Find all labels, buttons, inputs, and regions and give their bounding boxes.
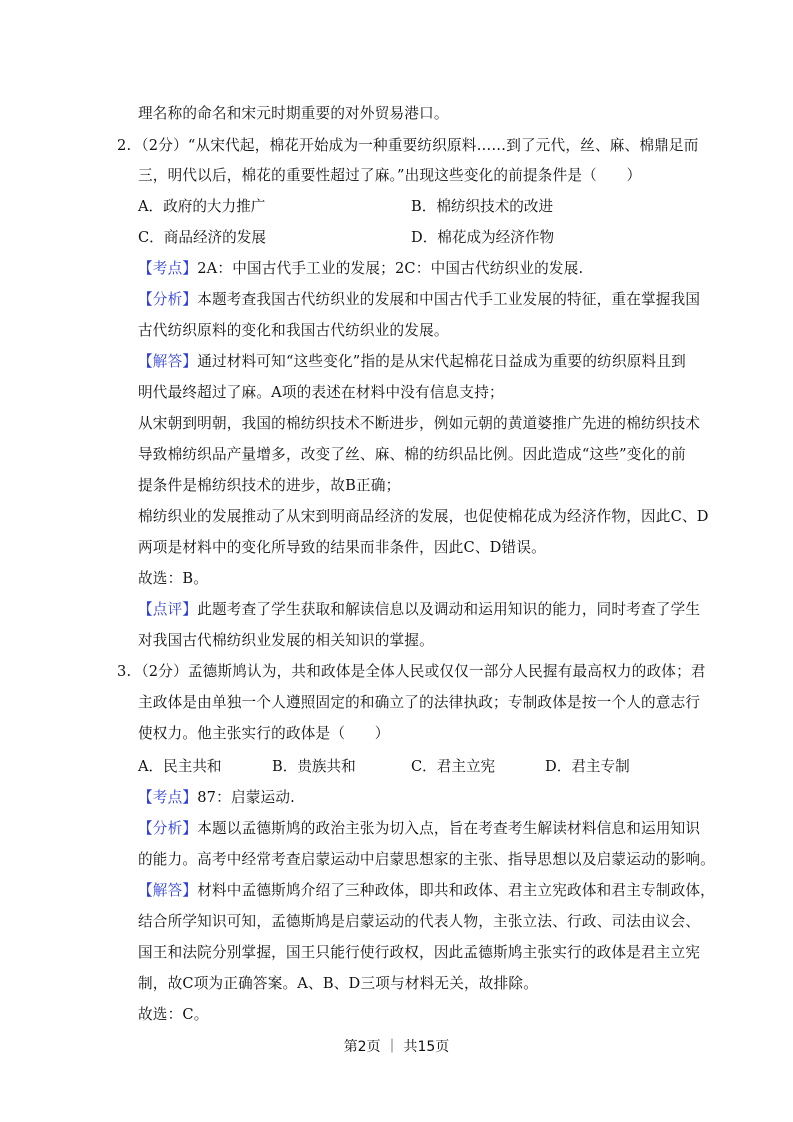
- fenxi-text: 本题以孟德斯鸠的政治主张为切入点，旨在考查考生解读材料信息和运用知识: [197, 820, 700, 837]
- kaodian-label: 【考点】: [138, 789, 197, 806]
- question-number: 2.: [117, 136, 131, 156]
- jieda-text: 从宋朝到明朝，我国的棉纺织技术不断进步，例如元朝的黄道婆推广先进的棉纺织技术: [138, 414, 678, 434]
- fenxi-text: 古代纺织原料的变化和我国古代纺织业的发展。: [138, 321, 678, 341]
- question-number: 3.: [117, 662, 131, 682]
- dianping-row: 【点评】此题考查了学生获取和解读信息以及调动和运用知识的能力，同时考查了学生: [138, 600, 678, 620]
- jieda-text: 两项是材料中的变化所导致的结果而非条件，因此C、D错误。: [138, 538, 678, 558]
- option-a: A．民主共和: [138, 757, 222, 777]
- fenxi-text: 的能力。高考中经常考查启蒙运动中启蒙思想家的主张、指导思想以及启蒙运动的影响。: [138, 850, 678, 870]
- question-stem: 主政体是由单独一个人遵照固定的和确立了的法律执政；专制政体是按一个人的意志行: [138, 693, 678, 713]
- question-stem: 使权力。他主张实行的政体是（ ）: [138, 724, 678, 744]
- fenxi-label: 【分析】: [138, 820, 197, 837]
- jieda-text: 材料中孟德斯鸠介绍了三种政体，即共和政体、君主立宪政体和君主专制政体，: [197, 882, 715, 899]
- fenxi-text: 本题考查我国古代纺织业的发展和中国古代手工业发展的特征，重在掌握我国: [197, 291, 700, 308]
- dianping-text: 对我国古代棉纺织业发展的相关知识的掌握。: [138, 631, 678, 651]
- jieda-text: 通过材料可知“这些变化”指的是从宋代起棉花日益成为重要的纺织原料且到: [197, 353, 686, 370]
- jieda-text: 棉纺织业的发展推动了从宋到明商品经济的发展，也促使棉花成为经济作物，因此C、D: [138, 507, 678, 527]
- jieda-label: 【解答】: [138, 353, 197, 370]
- page-footer: 第2页 ｜ 共15页: [0, 1036, 793, 1056]
- jieda-row: 【解答】通过材料可知“这些变化”指的是从宋代起棉花日益成为重要的纺织原料且到: [138, 352, 678, 372]
- fenxi-label: 【分析】: [138, 291, 197, 308]
- answer-text: 故选：B。: [138, 569, 678, 589]
- fenxi-row: 【分析】本题考查我国古代纺织业的发展和中国古代手工业发展的特征，重在掌握我国: [138, 290, 678, 310]
- question-stem: （2分）孟德斯鸠认为，共和政体是全体人民或仅仅一部分人民握有最高权力的政体；君: [134, 662, 694, 682]
- answer-text: 故选：C。: [138, 1005, 678, 1025]
- question-stem: 三，明代以后，棉花的重要性超过了麻。”出现这些变化的前提条件是（ ）: [138, 166, 678, 186]
- kaodian-row: 【考点】87：启蒙运动.: [138, 788, 678, 808]
- continuation-text: 理名称的命名和宋元时期重要的对外贸易港口。: [138, 104, 678, 124]
- jieda-text: 制，故C项为正确答案。A、B、D三项与材料无关，故排除。: [138, 974, 678, 994]
- kaodian-text: 2A：中国古代手工业的发展；2C：中国古代纺织业的发展.: [197, 260, 583, 277]
- jieda-text: 明代最终超过了麻。A项的表述在材料中没有信息支持；: [138, 383, 678, 403]
- jieda-label: 【解答】: [138, 882, 197, 899]
- option-c: C．君主立宪: [411, 757, 495, 777]
- option-b: B．贵族共和: [272, 757, 356, 777]
- jieda-text: 结合所学知识可知，孟德斯鸠是启蒙运动的代表人物，主张立法、行政、司法由议会、: [138, 912, 678, 932]
- dianping-text: 此题考查了学生获取和解读信息以及调动和运用知识的能力，同时考查了学生: [197, 601, 700, 618]
- jieda-row: 【解答】材料中孟德斯鸠介绍了三种政体，即共和政体、君主立宪政体和君主专制政体，: [138, 881, 678, 901]
- option-b: B．棉纺织技术的改进: [411, 197, 553, 217]
- kaodian-text: 87：启蒙运动.: [197, 789, 295, 806]
- fenxi-row: 【分析】本题以孟德斯鸠的政治主张为切入点，旨在考查考生解读材料信息和运用知识: [138, 819, 678, 839]
- dianping-label: 【点评】: [138, 601, 197, 618]
- option-a: A．政府的大力推广: [138, 197, 265, 217]
- option-d: D．棉花成为经济作物: [411, 228, 554, 248]
- question-stem: （2分）“从宋代起，棉花开始成为一种重要纺织原料……到了元代，丝、麻、棉鼎足而: [134, 136, 694, 156]
- jieda-text: 国王和法院分别掌握，国王只能行使行政权，因此孟德斯鸠主张实行的政体是君主立宪: [138, 943, 678, 963]
- option-c: C．商品经济的发展: [138, 228, 266, 248]
- jieda-text: 提条件是棉纺织技术的进步，故B正确；: [138, 476, 678, 496]
- kaodian-label: 【考点】: [138, 260, 197, 277]
- kaodian-row: 【考点】2A：中国古代手工业的发展；2C：中国古代纺织业的发展.: [138, 259, 678, 279]
- option-d: D．君主专制: [545, 757, 630, 777]
- jieda-text: 导致棉纺织品产量增多，改变了丝、麻、棉的纺织品比例。因此造成“这些”变化的前: [138, 445, 678, 465]
